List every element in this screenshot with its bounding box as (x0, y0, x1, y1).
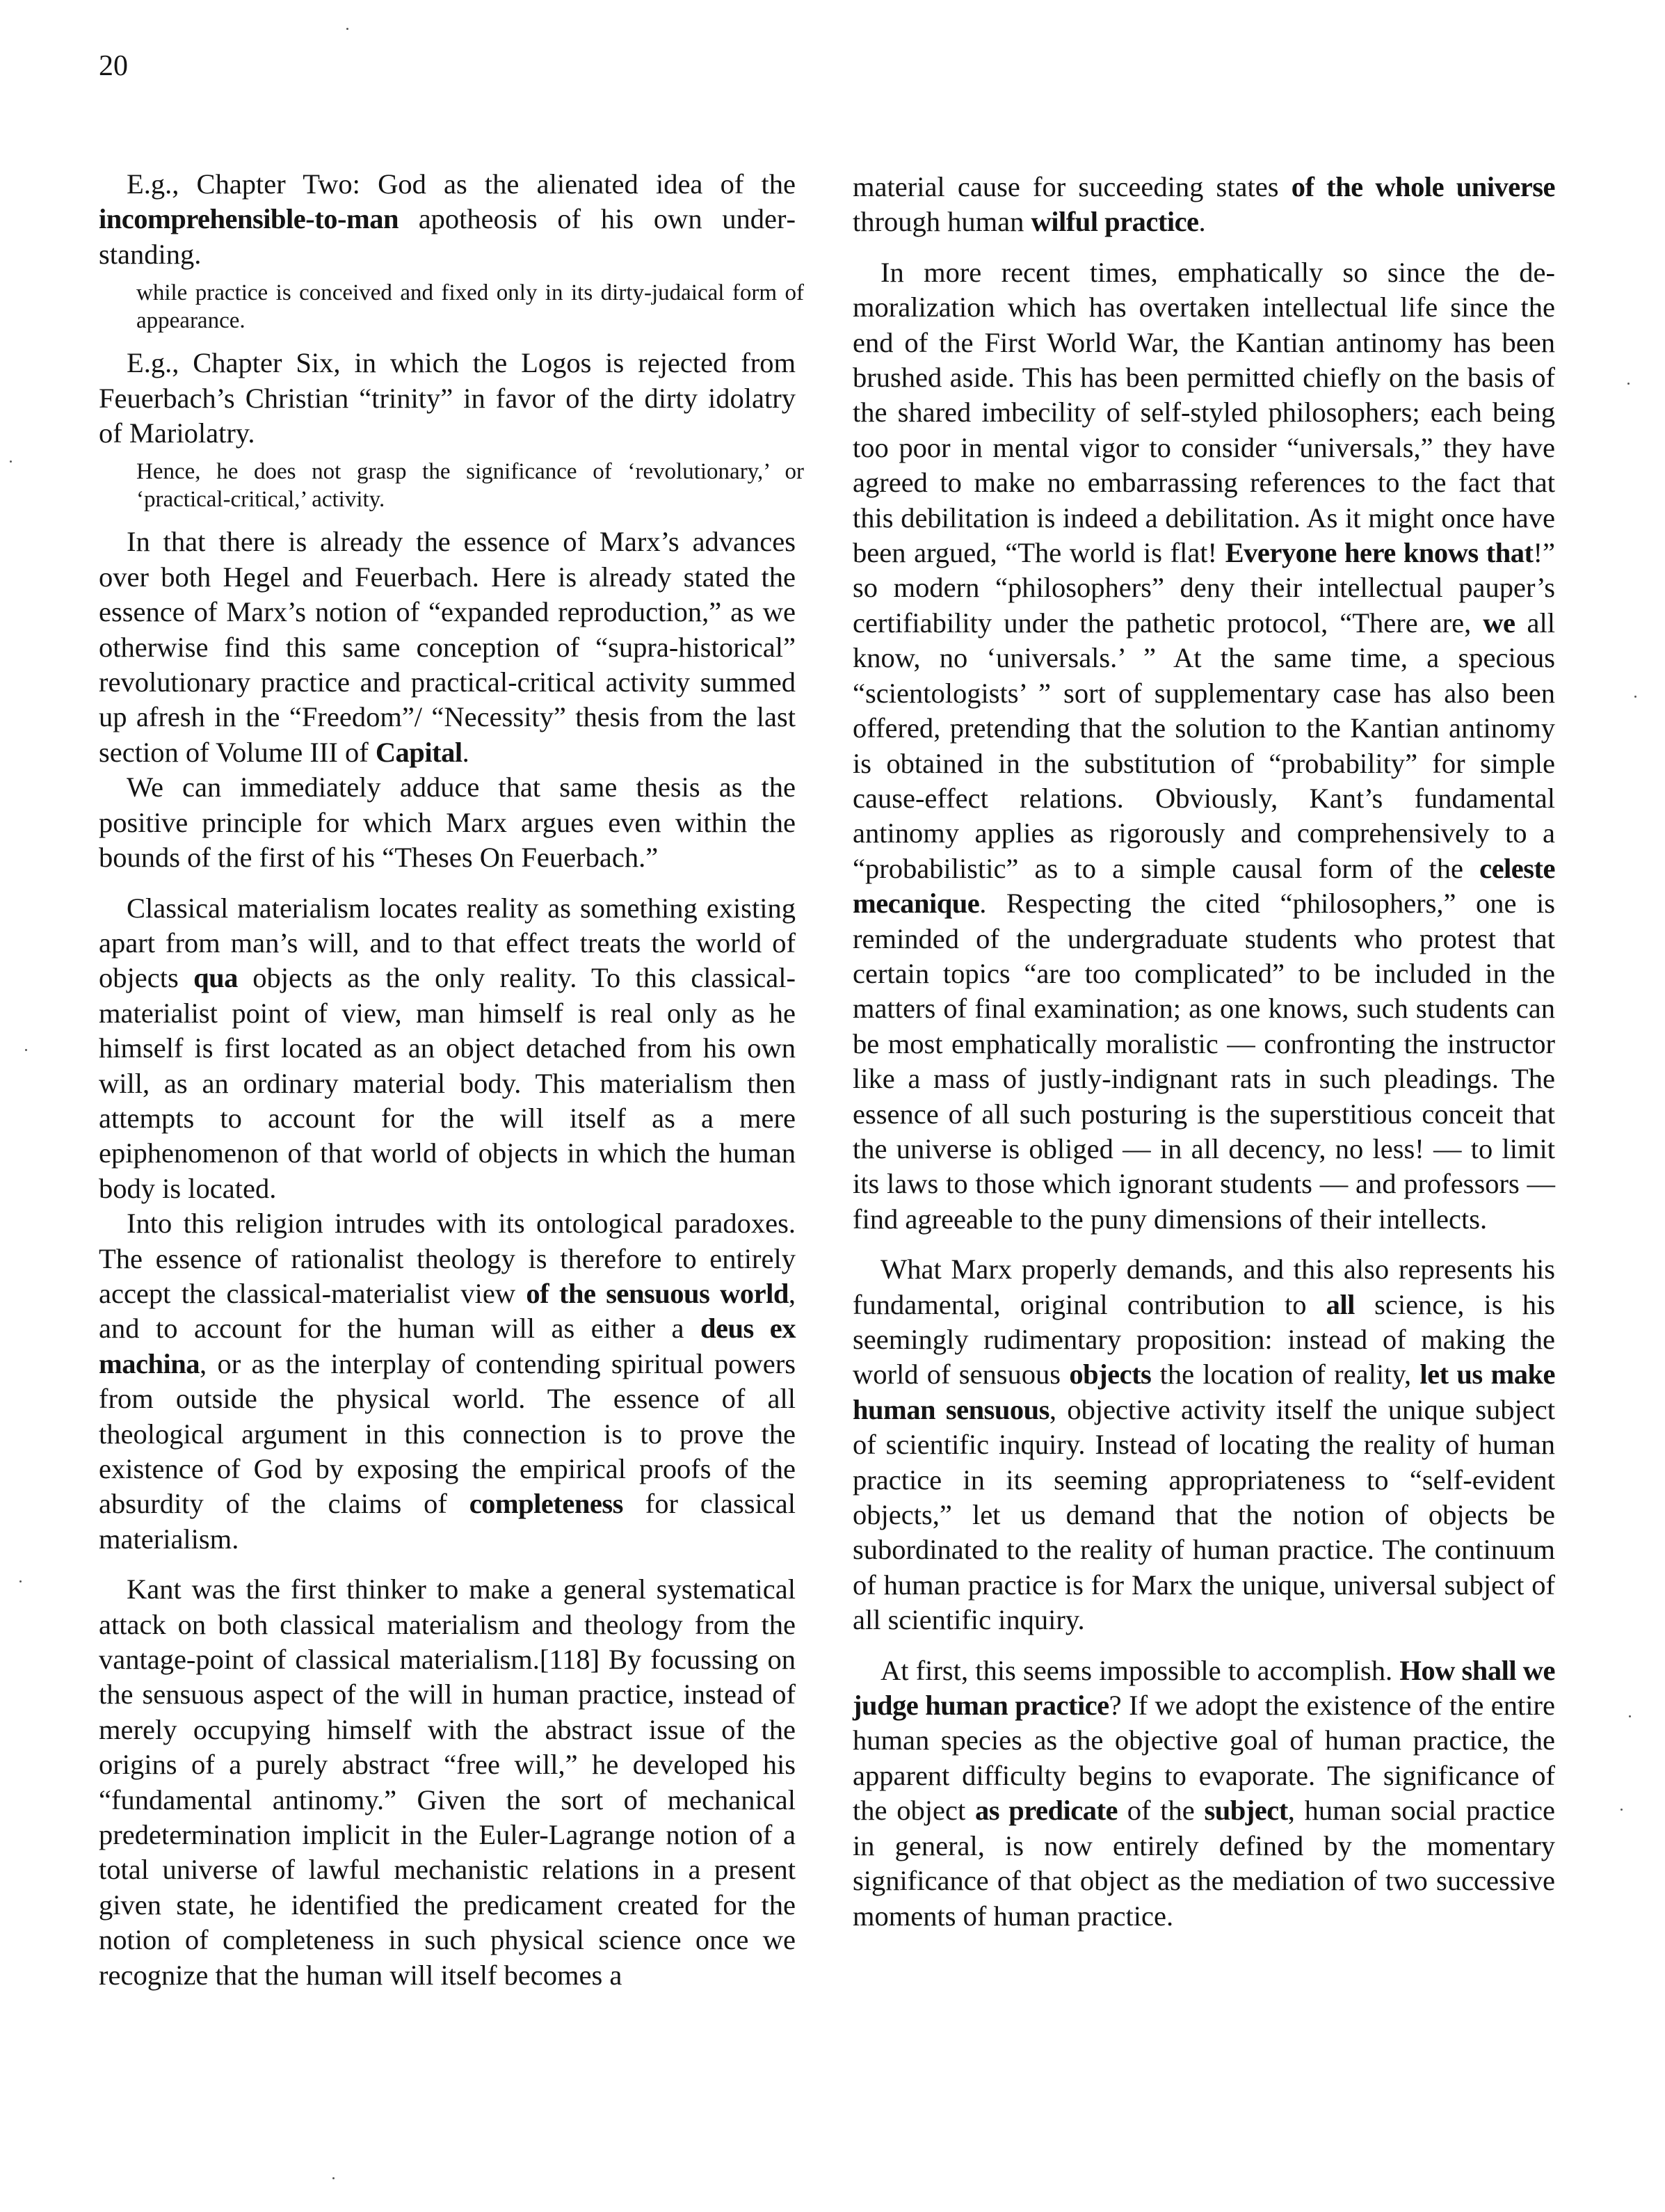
text-run: In that there is already the essence of … (99, 526, 796, 767)
bold-emphasis: Everyone here knows that (1225, 537, 1534, 568)
text-run: , objective activity itself the unique s… (853, 1394, 1555, 1635)
text-run: through human (853, 206, 1031, 237)
scan-speck (19, 1580, 22, 1582)
body-paragraph: E.g., Chapter Six, in which the Logos is… (99, 346, 796, 451)
text-run: . (462, 737, 469, 768)
right-column: material cause for succeeding states of … (853, 170, 1555, 1934)
text-run: all know, no ‘universals.’ ” At the same… (853, 607, 1555, 884)
bold-emphasis: of the whole uni­verse (1292, 171, 1555, 202)
block-quote: Hence, he does not grasp the significanc… (136, 458, 804, 513)
scan-speck (1629, 1715, 1631, 1717)
text-run: . Respecting the cited “philosophers,” o… (853, 888, 1555, 1235)
bold-emphasis: incomprehensible-to-man (99, 203, 399, 234)
body-paragraph: Into this religion intrudes with its ont… (99, 1206, 796, 1557)
body-paragraph: E.g., Chapter Two: God as the alienated … (99, 167, 796, 272)
text-run: E.g., Chapter Six, in which the Logos is… (99, 347, 796, 449)
scan-speck (10, 460, 12, 463)
body-paragraph: Kant was the first thinker to make a gen… (99, 1572, 796, 1993)
scan-speck (1627, 383, 1630, 385)
bold-emphasis: Capital (376, 737, 462, 768)
bold-emphasis: all (1326, 1289, 1355, 1320)
text-run: E.g., Chapter Two: God as the alienated … (127, 168, 796, 200)
body-paragraph: In more recent times, emphatically so si… (853, 255, 1555, 1237)
bold-emphasis: wilful practice (1031, 206, 1198, 237)
bold-emphasis: as predicate (975, 1795, 1118, 1826)
scan-speck (1634, 696, 1636, 698)
text-run: Hence, he does not grasp the significanc… (136, 459, 804, 512)
scan-speck (346, 28, 348, 30)
text-run: Kant was the first thinker to make a gen… (99, 1573, 796, 1990)
text-run: the location of reality, (1151, 1359, 1419, 1390)
bold-emphasis: completeness (469, 1488, 623, 1519)
bold-emphasis: of the sensuous world (526, 1278, 788, 1309)
bold-emphasis: we (1483, 607, 1515, 639)
bold-emphasis: qua (193, 962, 238, 993)
text-run: . (1199, 206, 1206, 237)
page-number: 20 (99, 51, 128, 81)
text-run: objects as the only reality. To this cla… (99, 962, 796, 1203)
text-run: We can immediately adduce that same thes… (99, 771, 796, 873)
text-run: while practice is conceived and fixed on… (136, 280, 804, 333)
text-run: At first, this seems impossible to accom… (880, 1655, 1399, 1686)
body-paragraph: What Marx properly demands, and this als… (853, 1252, 1555, 1637)
text-run: In more recent times, emphatically so si… (853, 257, 1555, 568)
bold-emphasis: subject (1204, 1795, 1287, 1826)
scan-speck (25, 1049, 27, 1051)
text-run: material cause for succeeding states (853, 171, 1292, 202)
body-paragraph: In that there is already the essence of … (99, 524, 796, 770)
block-quote: while practice is conceived and fixed on… (136, 279, 804, 335)
left-column: E.g., Chapter Two: God as the alienated … (99, 167, 796, 1993)
body-paragraph: material cause for succeeding states of … (853, 170, 1555, 240)
text-run: of the (1118, 1795, 1205, 1826)
scan-speck (1620, 1809, 1623, 1811)
body-paragraph: Classical materialism locates reality as… (99, 891, 796, 1207)
body-paragraph: At first, this seems impossible to accom… (853, 1653, 1555, 1934)
scan-speck (332, 2177, 335, 2179)
bold-emphasis: objects (1069, 1359, 1151, 1390)
body-paragraph: We can immediately adduce that same thes… (99, 770, 796, 875)
